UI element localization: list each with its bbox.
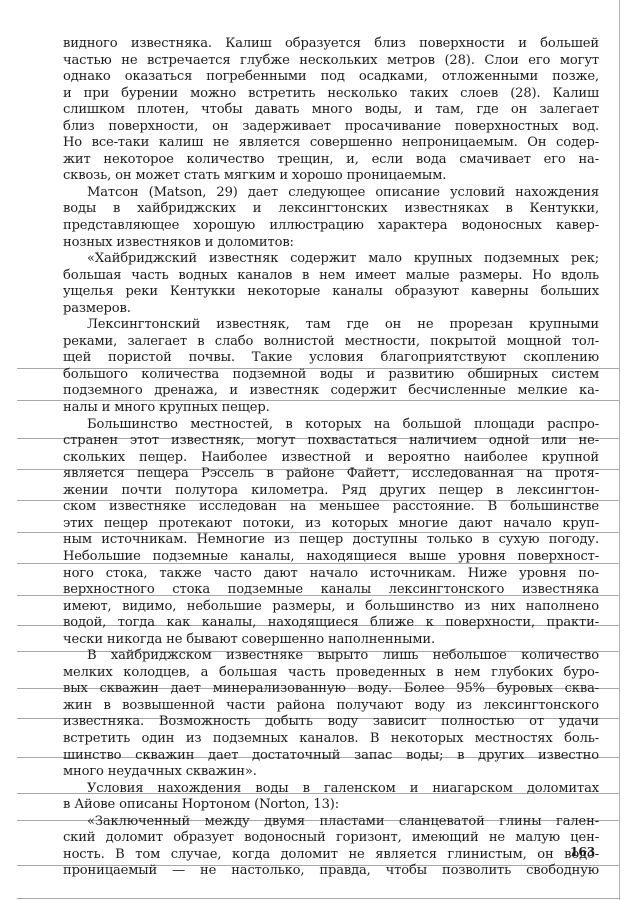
text-line: известняка. Возможность добыть воду зави…: [63, 714, 599, 731]
text-line: имеют, видимо, небольшие размеры, и боль…: [63, 599, 599, 616]
text-line: этих пещер протекают потоки, из которых …: [63, 516, 599, 533]
text-line: проницаемый — не настолько, правда, чтоб…: [63, 863, 599, 880]
text-line: мелких колодцев, а большая часть проведе…: [63, 665, 599, 682]
text-line: и при бурении можно встретить несколько …: [63, 86, 599, 103]
text-line: Небольшие подземные каналы, находящиеся …: [63, 549, 599, 566]
text-line: ский доломит образует водоносный горизон…: [63, 830, 599, 847]
scan-vertical-rule: [619, 0, 620, 900]
text-line: налы и много крупных пещер.: [63, 400, 599, 417]
text-line: слишком плотен, чтобы давать много воды,…: [63, 102, 599, 119]
text-line: верхностного стока подземные каналы лекс…: [63, 582, 599, 599]
text-line: Условия нахождения воды в галенском и ни…: [63, 781, 599, 798]
text-line: Большинство местностей, в которых на бол…: [63, 417, 599, 434]
text-line: однако оказаться погребенными под осадка…: [63, 69, 599, 86]
text-line: скольких пещер. Наиболее известной и вер…: [63, 450, 599, 467]
text-line: нозных известняков и доломитов:: [63, 235, 599, 252]
text-line: ском известняке исследован на меньшее ра…: [63, 499, 599, 516]
text-line: большая часть водных каналов в нем имеет…: [63, 268, 599, 285]
page-number: 163: [570, 845, 595, 859]
text-line: много неудачных скважин».: [63, 764, 599, 781]
text-line: в Айове описаны Нортоном (Norton, 13):: [63, 797, 599, 814]
text-line: является пещера Рэссель в районе Файетт,…: [63, 466, 599, 483]
text-line: сквозь, он может стать мягким и хорошо п…: [63, 168, 599, 185]
text-line: частью не встречается глубже нескольких …: [63, 53, 599, 70]
text-line: жин в возвышенной части района получают …: [63, 698, 599, 715]
text-line: близ поверхности, он задерживает просачи…: [63, 119, 599, 136]
text-line: видного известняка. Калиш образуется бли…: [63, 36, 599, 53]
document-page: видного известняка. Калиш образуется бли…: [0, 0, 636, 900]
text-line: жении почти полутора километра. Ряд друг…: [63, 483, 599, 500]
text-line: странен этот известняк, могут похвастать…: [63, 433, 599, 450]
text-line: ущелья реки Кентукки некоторые каналы об…: [63, 284, 599, 301]
text-line: шинство скважин дает достаточный запас в…: [63, 748, 599, 765]
text-line: представляющее хорошую иллюстрацию харак…: [63, 218, 599, 235]
text-line: реками, залегает в слабо волнистой местн…: [63, 334, 599, 351]
text-line: ность. В том случае, когда доломит не яв…: [63, 847, 599, 864]
text-line: Но все-таки калиш не является совершенно…: [63, 135, 599, 152]
text-line: размеров.: [63, 301, 599, 318]
text-line: ным источникам. Немногие из пещер доступ…: [63, 532, 599, 549]
text-line: В хайбриджском известняке вырыто лишь не…: [63, 648, 599, 665]
text-line: «Заключенный между двумя пластами сланце…: [63, 814, 599, 831]
text-line: щей пористой почвы. Такие условия благоп…: [63, 350, 599, 367]
text-line: подземного дренажа, и известняк содержит…: [63, 383, 599, 400]
text-line: Матсон (Matson, 29) дает следующее описа…: [63, 185, 599, 202]
text-line: большого количества подземной воды и раз…: [63, 367, 599, 384]
page-body-text: видного известняка. Калиш образуется бли…: [63, 36, 599, 880]
text-line: жит некоторое количество трещин, и, если…: [63, 152, 599, 169]
text-line: встретить один из подземных каналов. В н…: [63, 731, 599, 748]
scan-rule-line: [17, 898, 619, 899]
text-line: ного стока, также часто дают начало исто…: [63, 566, 599, 583]
text-line: водой, тогда как каналы, находящиеся бли…: [63, 615, 599, 632]
text-line: «Хайбриджский известняк содержит мало кр…: [63, 251, 599, 268]
text-line: чески никогда не бывают совершенно напол…: [63, 632, 599, 649]
text-line: вых скважин дает минерализованную воду. …: [63, 681, 599, 698]
text-line: Лексингтонский известняк, там где он не …: [63, 317, 599, 334]
text-line: воды в хайбриджских и лексингтонских изв…: [63, 201, 599, 218]
